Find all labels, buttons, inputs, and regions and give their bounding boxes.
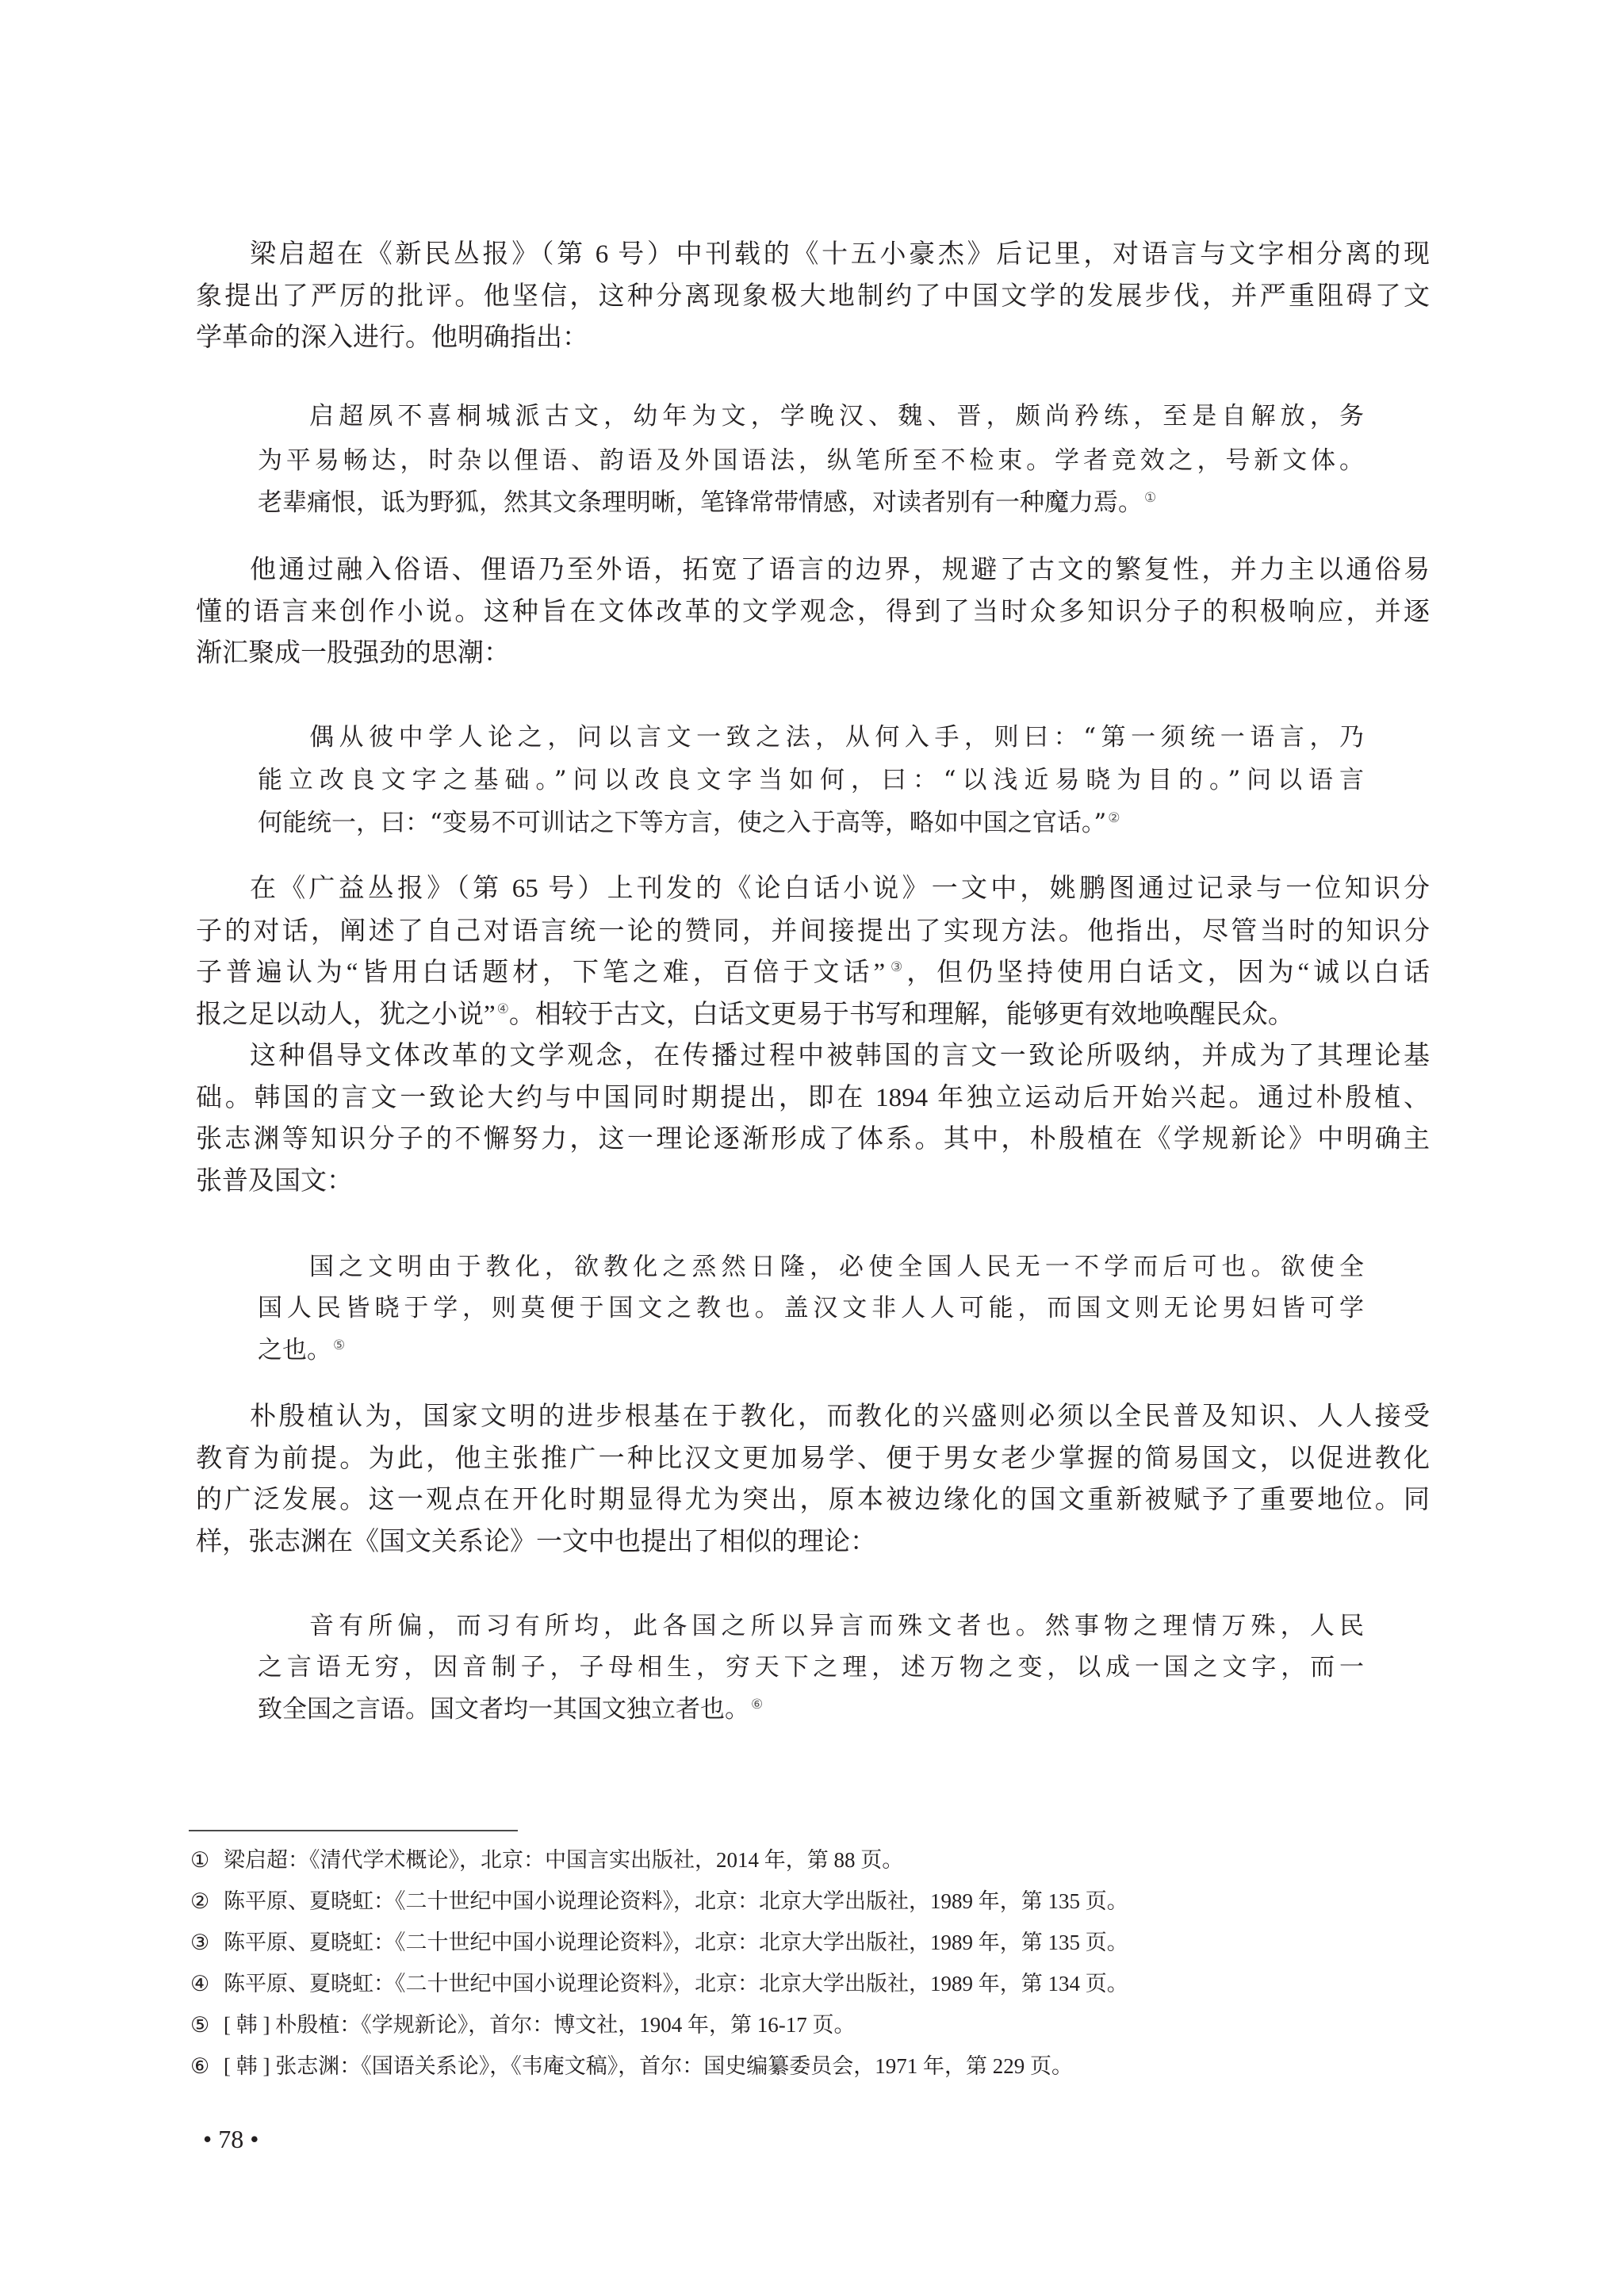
- quote-line: 为平易畅达，时杂以俚语、韵语及外国语法，纵笔所至不检束。学者竞效之，号新文体。: [258, 449, 1364, 476]
- footnote-ref-6[interactable]: ⑥: [751, 1697, 763, 1712]
- footnote-mark: ②: [190, 1891, 224, 1912]
- quote-line: 国之文明由于教化，欲教化之烝然日隆，必使全国人民无一不学而后可也。欲使全: [309, 1255, 1364, 1282]
- footnote-2: ②陈平原、夏晓虹：《二十世纪中国小说理论资料》，北京：北京大学出版社，1989 …: [190, 1891, 1128, 1912]
- paragraph-line: 础。韩国的言文一致论大约与中国同时期提出，即在 1894 年独立运动后开始兴起。…: [196, 1085, 1430, 1112]
- paragraph-line: 懂的语言来创作小说。这种旨在文体改革的文学观念，得到了当时众多知识分子的积极响应…: [196, 599, 1430, 626]
- paragraph-line: 报之足以动人，犹之小说”④。相较于古文，白话文更易于书写和理解，能够更有效地唤醒…: [196, 1002, 1430, 1029]
- footnote-mark: ⑤: [190, 2015, 224, 2036]
- document-page: 梁启超在《新民丛报》（第 6 号）中刊载的《十五小豪杰》后记里，对语言与文字相分…: [0, 0, 1624, 2296]
- footnote-ref-1[interactable]: ①: [1144, 490, 1156, 506]
- paragraph-text: 。相较于古文，白话文更易于书写和理解，能够更有效地唤醒民众。: [509, 1001, 1294, 1029]
- footnote-text: 梁启超：《清代学术概论》，北京：中国言实出版社，2014 年，第 88 页。: [224, 1848, 903, 1872]
- footnote-6: ⑥[ 韩 ] 张志渊：《国语关系论》，《韦庵文稿》，首尔：国史编纂委员会，197…: [190, 2056, 1073, 2077]
- paragraph-line: 这种倡导文体改革的文学观念，在传播过程中被韩国的言文一致论所吸纳，并成为了其理论…: [250, 1043, 1430, 1070]
- footnote-text: [ 韩 ] 张志渊：《国语关系论》，《韦庵文稿》，首尔：国史编纂委员会，1971…: [224, 2054, 1073, 2078]
- paragraph-line: 渐汇聚成一股强劲的思潮：: [196, 641, 1430, 668]
- quote-text: 老辈痛恨，诋为野狐，然其文条理明晰，笔锋常带情感，对读者别有一种魔力焉。: [258, 488, 1143, 517]
- paragraph-line: 朴殷植认为，国家文明的进步根基在于教化，而教化的兴盛则必须以全民普及知识、人人接…: [250, 1404, 1430, 1431]
- quote-line: 偶从彼中学人论之，问以言文一致之法，从何入手，则曰：“第一须统一语言，乃: [309, 725, 1364, 752]
- quote-text: 何能统一，曰：“变易不可训诂之下等方言，使之入于高等，略如中国之官话。”: [258, 809, 1106, 837]
- quote-text: 致全国之言语。国文者均一其国文独立者也。: [258, 1695, 749, 1724]
- paragraph-line: 梁启超在《新民丛报》（第 6 号）中刊载的《十五小豪杰》后记里，对语言与文字相分…: [250, 242, 1430, 269]
- quote-line: 致全国之言语。国文者均一其国文独立者也。⑥: [258, 1697, 1364, 1724]
- quote-line: 启超夙不喜桐城派古文，幼年为文，学晚汉、魏、晋，颇尚矜练，至是自解放，务: [309, 404, 1364, 431]
- paragraph-line: 的广泛发展。这一观点在开化时期显得尤为突出，原本被边缘化的国文重新被赋予了重要地…: [196, 1487, 1430, 1514]
- quote-line: 老辈痛恨，诋为野狐，然其文条理明晰，笔锋常带情感，对读者别有一种魔力焉。①: [258, 491, 1364, 518]
- footnote-3: ③陈平原、夏晓虹：《二十世纪中国小说理论资料》，北京：北京大学出版社，1989 …: [190, 1932, 1128, 1954]
- paragraph-line: 张志渊等知识分子的不懈努力，这一理论逐渐形成了体系。其中，朴殷植在《学规新论》中…: [196, 1127, 1430, 1154]
- paragraph-text: 报之足以动人，犹之小说”: [196, 1001, 496, 1029]
- footnote-5: ⑤[ 韩 ] 朴殷植：《学规新论》，首尔：博文社，1904 年，第 16-17 …: [190, 2015, 855, 2036]
- paragraph-line: 象提出了严厉的批评。他坚信，这种分离现象极大地制约了中国文学的发展步伐，并严重阻…: [196, 284, 1430, 311]
- footnote-mark: ④: [190, 1973, 224, 1995]
- paragraph-line: 学革命的深入进行。他明确指出：: [196, 325, 1430, 352]
- paragraph-line: 样，张志渊在《国文关系论》一文中也提出了相似的理论：: [196, 1529, 1430, 1556]
- footnote-text: 陈平原、夏晓虹：《二十世纪中国小说理论资料》，北京：北京大学出版社，1989 年…: [224, 1972, 1128, 1996]
- page-number: • 78 •: [203, 2125, 259, 2154]
- paragraph-text: 子普遍认为“皆用白话题材，下笔之难，百倍于文话”: [196, 959, 885, 987]
- footnote-text: [ 韩 ] 朴殷植：《学规新论》，首尔：博文社，1904 年，第 16-17 页…: [224, 2013, 855, 2037]
- quote-line: 之也。⑤: [258, 1338, 1364, 1365]
- quote-line: 何能统一，曰：“变易不可训诂之下等方言，使之入于高等，略如中国之官话。”②: [258, 811, 1364, 838]
- paragraph-line: 教育为前提。为此，他主张推广一种比汉文更加易学、便于男女老少掌握的简易国文，以促…: [196, 1446, 1430, 1473]
- paragraph-line: 子普遍认为“皆用白话题材，下笔之难，百倍于文话”③，但仍坚持使用白话文，因为“诚…: [196, 960, 1430, 987]
- footnote-divider: [189, 1830, 518, 1831]
- footnote-4: ④陈平原、夏晓虹：《二十世纪中国小说理论资料》，北京：北京大学出版社，1989 …: [190, 1973, 1128, 1995]
- footnote-ref-2[interactable]: ②: [1108, 810, 1120, 826]
- paragraph-text: ，但仍坚持使用白话文，因为“诚以白话: [906, 959, 1430, 987]
- footnote-1: ①梁启超：《清代学术概论》，北京：中国言实出版社，2014 年，第 88 页。: [190, 1850, 903, 1871]
- quote-line: 能立改良文字之基础。”问以改良文字当如何，曰：“以浅近易晓为目的。”问以语言: [258, 768, 1364, 795]
- quote-line: 之言语无穷，因音制子，子母相生，穷天下之理，述万物之变，以成一国之文字，而一: [258, 1655, 1364, 1682]
- footnote-text: 陈平原、夏晓虹：《二十世纪中国小说理论资料》，北京：北京大学出版社，1989 年…: [224, 1889, 1128, 1913]
- paragraph-line: 子的对话，阐述了自己对语言统一论的赞同，并间接提出了实现方法。他指出，尽管当时的…: [196, 919, 1430, 946]
- footnote-ref-4[interactable]: ④: [497, 1001, 509, 1016]
- footnote-text: 陈平原、夏晓虹：《二十世纪中国小说理论资料》，北京：北京大学出版社，1989 年…: [224, 1931, 1128, 1954]
- quote-line: 国人民皆晓于学，则莫便于国文之教也。盖汉文非人人可能，而国文则无论男妇皆可学: [258, 1296, 1364, 1323]
- footnote-mark: ⑥: [190, 2056, 224, 2077]
- footnote-mark: ③: [190, 1932, 224, 1954]
- paragraph-line: 张普及国文：: [196, 1169, 1430, 1196]
- quote-line: 音有所偏，而习有所均，此各国之所以异言而殊文者也。然事物之理情万殊，人民: [309, 1614, 1364, 1641]
- paragraph-line: 他通过融入俗语、俚语乃至外语，拓宽了语言的边界，规避了古文的繁复性，并力主以通俗…: [250, 557, 1430, 584]
- footnote-ref-3[interactable]: ③: [887, 959, 906, 974]
- quote-text: 之也。: [258, 1336, 331, 1364]
- footnote-ref-5[interactable]: ⑤: [333, 1337, 345, 1353]
- paragraph-line: 在《广益丛报》（第 65 号）上刊发的《论白话小说》一文中，姚鹏图通过记录与一位…: [250, 876, 1430, 903]
- footnote-mark: ①: [190, 1850, 224, 1871]
